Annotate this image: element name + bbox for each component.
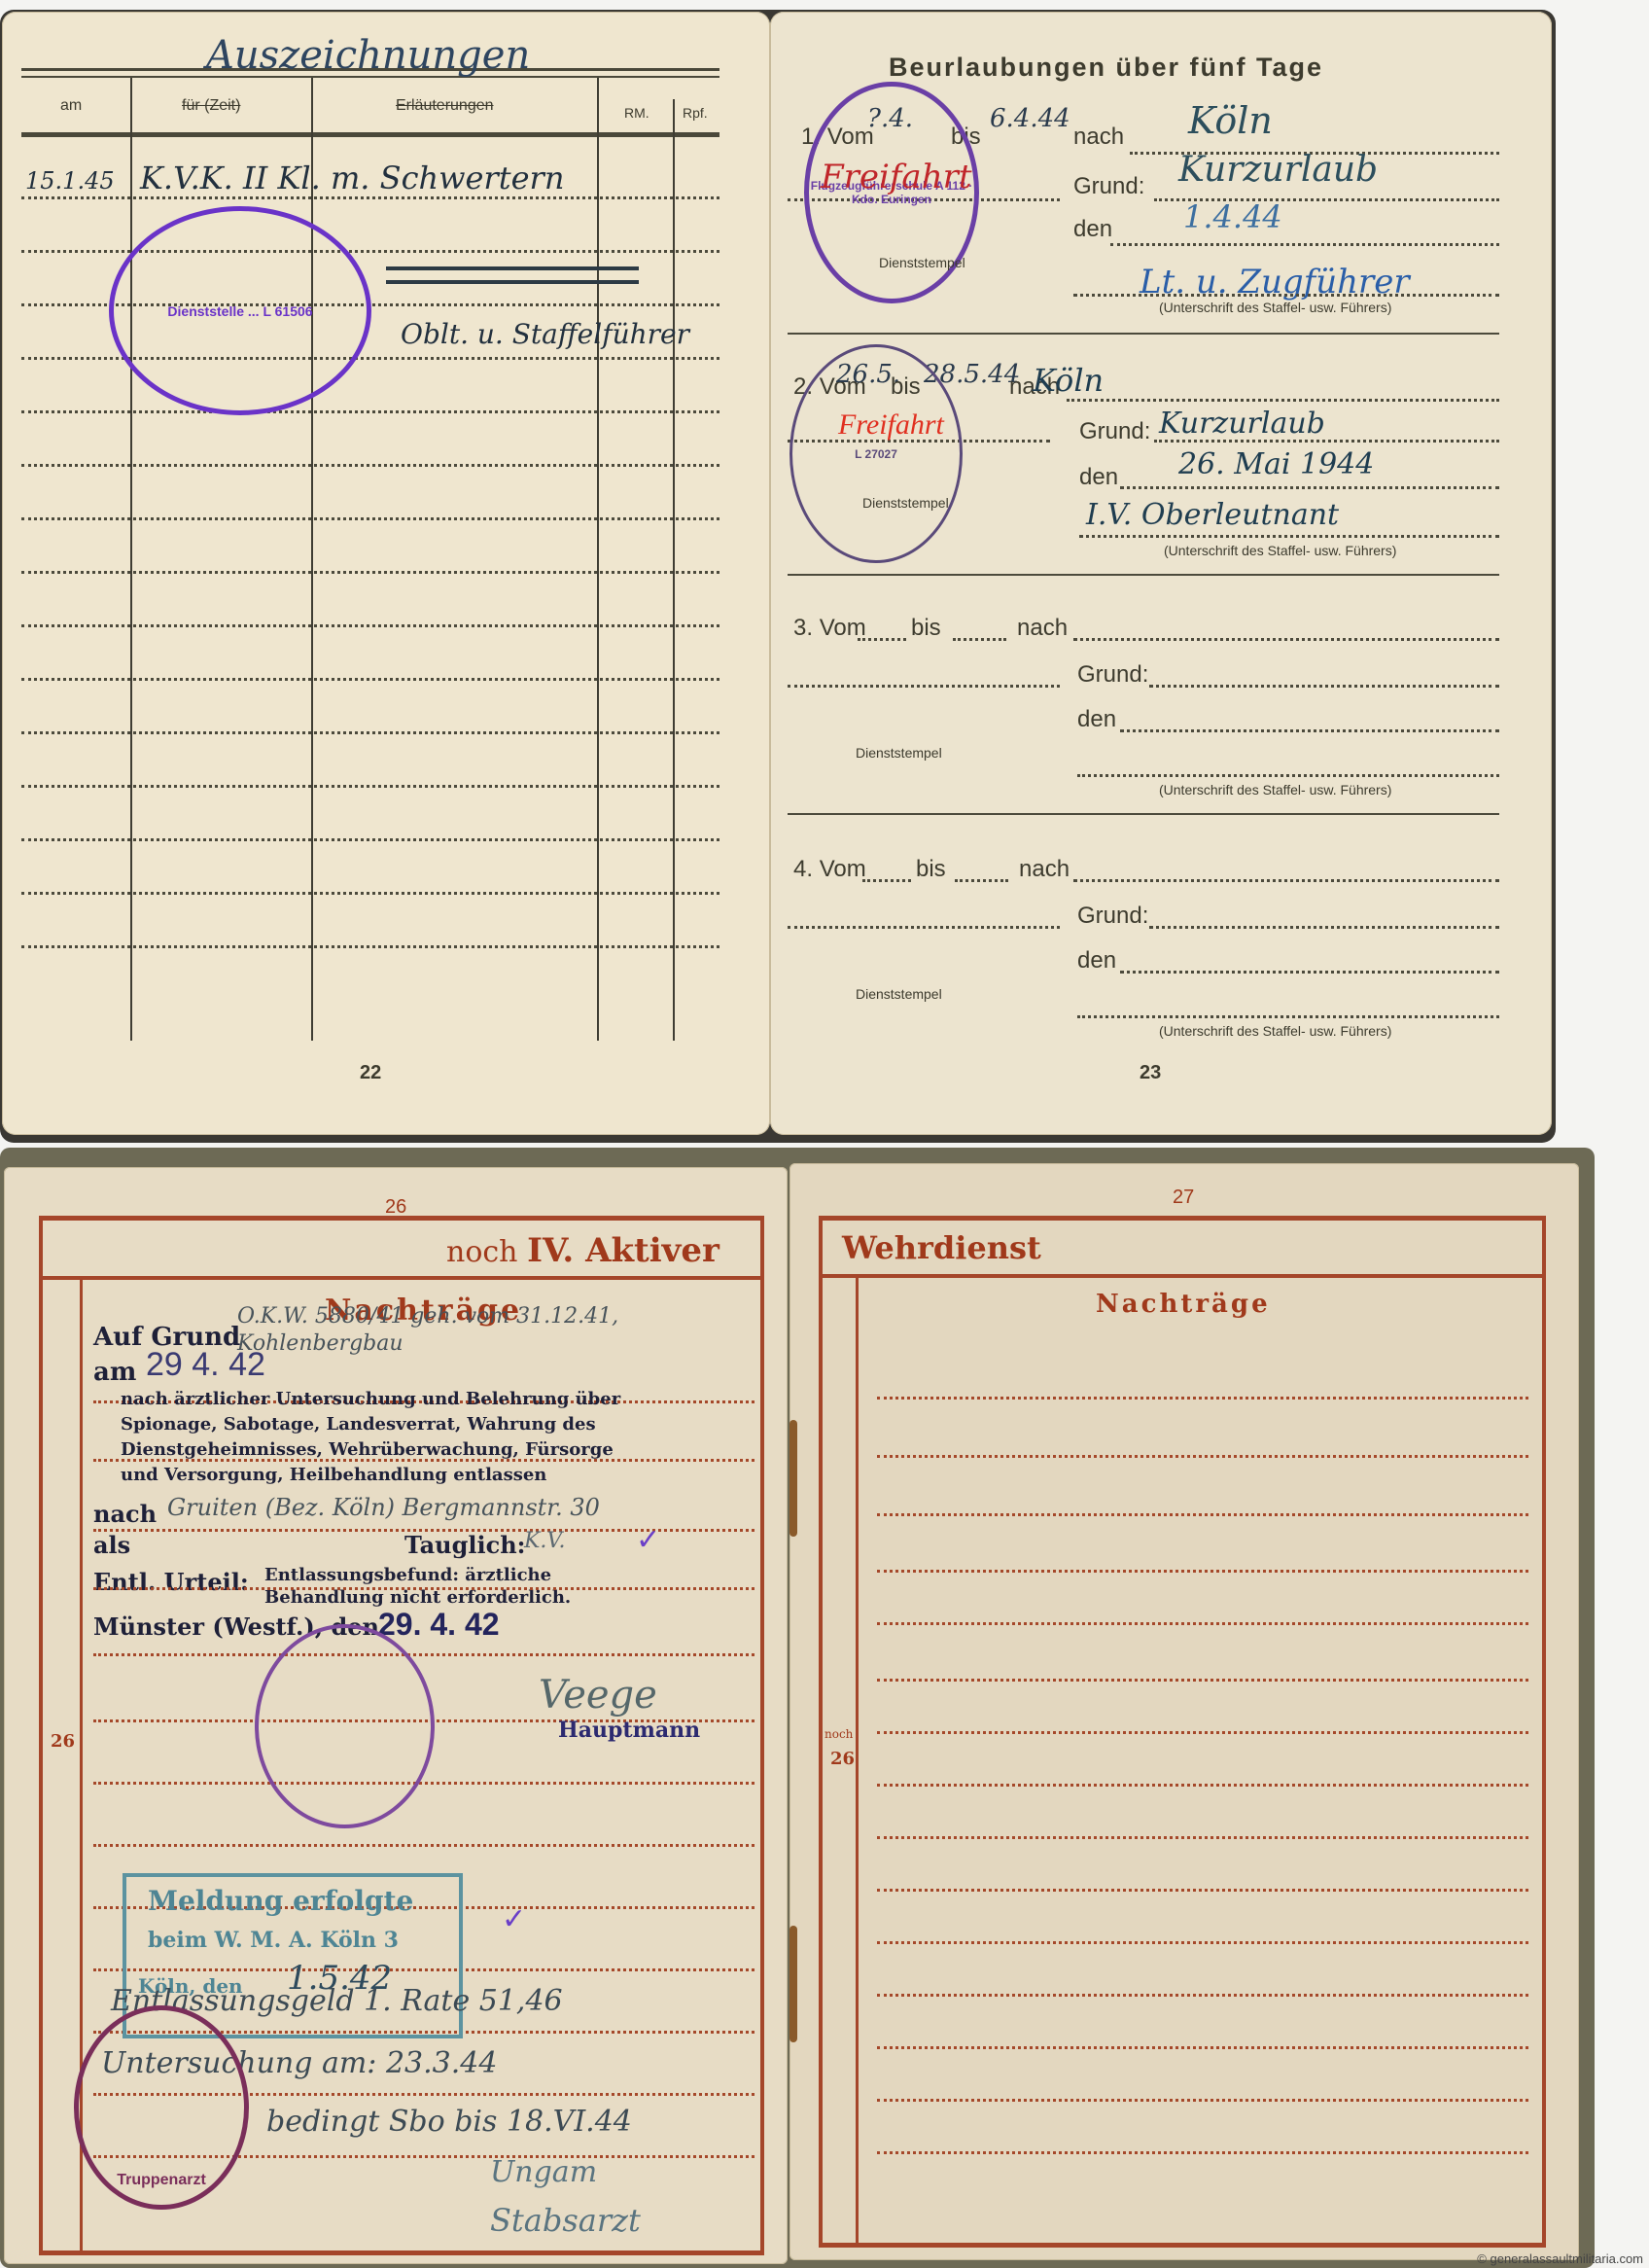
leave-2-free-travel: Freifahrt [838,408,944,442]
col-header-erlaeuterungen: Erläuterungen [396,97,494,115]
signature-crossed [386,266,639,284]
page-number-23: 23 [1140,1062,1161,1084]
leave-2-destination: Köln [1033,362,1104,399]
medical-officer-stamp: Truppenarzt [74,2005,249,2210]
place-date-value: 29. 4. 42 [378,1607,500,1643]
leave-section-title: Beurlaubungen über fünf Tage [889,53,1323,83]
nach-value: Gruiten (Bez. Köln) Bergmannstr. 30 [167,1494,600,1521]
leave-2-reason: Kurzurlaub [1159,407,1325,441]
entry-date: 15.1.45 [25,167,115,195]
note-3: bedingt Sbo bis 18.VI.44 [266,2105,632,2139]
urteil-label: Entl. Urteil: [93,1568,249,1596]
signer-rank: Oblt. u. Staffelführer [401,318,689,350]
am-value: 29 4. 42 [146,1346,265,1384]
page-27: 27 Wehrdienst Nachträge noch 26 [789,1163,1579,2260]
leave-1-reason: Kurzurlaub [1178,150,1378,190]
page-number-27: 27 [1173,1187,1194,1209]
col-header-am: am [60,97,82,115]
leave-2-signature: I.V. Oberleutnant [1086,498,1339,532]
doctor-title: Stabsarzt [490,2202,641,2239]
signer-title: Hauptmann [558,1718,700,1743]
page-23: Beurlaubungen über fünf Tage 1. Vom ?.4.… [770,12,1552,1135]
entry-text: K.V.K. II Kl. m. Schwertern [140,159,564,196]
tauglich-label: Tauglich: [404,1531,526,1559]
margin-number: 26 [51,1731,75,1752]
discharge-unit-stamp [255,1624,435,1828]
am-label: am [93,1358,136,1387]
page-22: Auszeichnungen am für (Zeit) Erläuterung… [2,12,770,1135]
col-header-fuer-zeit: für (Zeit) [182,97,240,115]
leave-2-stamp: L 27027 [789,344,963,563]
col-header-rpf: Rpf. [683,105,708,121]
auf-grund-value: O.K.W. 5880/41 geh. vom 31.12.41, Kohlen… [237,1303,762,1357]
tauglich-value: K.V. [524,1529,565,1553]
margin-prefix: noch [824,1727,853,1741]
page-26: 26 noch IV. Aktiver 26 Nachträge Auf Gru… [4,1167,788,2264]
leave-3-stamp-area: Dienststempel [856,745,942,761]
doctor-signature: Ungam [490,2155,597,2189]
watermark: © generalassaultmilitaria.com [1477,2251,1643,2266]
check-mark-icon: ✓ [636,1523,660,1557]
leave-2-date: 26. Mai 1944 [1178,447,1374,481]
handwritten-title: Auszeichnungen [206,33,530,78]
printed-discharge-block: nach ärztlicher Untersuchung und Belehru… [121,1387,655,1488]
officer-signature: Veege [539,1673,657,1718]
binding-staple-2 [789,1926,797,2042]
binding-staple-1 [789,1420,797,1537]
leave-1-free-travel: Freifahrt [821,158,972,196]
official-stamp: Dienststelle ... L 61506 [109,206,371,415]
als-label: als [93,1531,130,1559]
subtitle-nachtraege-27: Nachträge [1096,1290,1271,1319]
col-header-rm: RM. [624,105,649,121]
leave-4-stamp-area: Dienststempel [856,986,942,1002]
leave-1-date: 1.4.44 [1183,198,1282,235]
leave-1-to: 6.4.44 [990,104,1070,133]
margin-number-27: 26 [830,1749,855,1769]
leave-1-destination: Köln [1188,99,1273,142]
section-header: noch IV. Aktiver [446,1231,719,1270]
check-mark-icon-2: ✓ [502,1902,526,1936]
section-header-wehrdienst: Wehrdienst [842,1229,1041,1266]
nach-label: nach [93,1500,157,1528]
page-number-22: 22 [360,1062,381,1084]
